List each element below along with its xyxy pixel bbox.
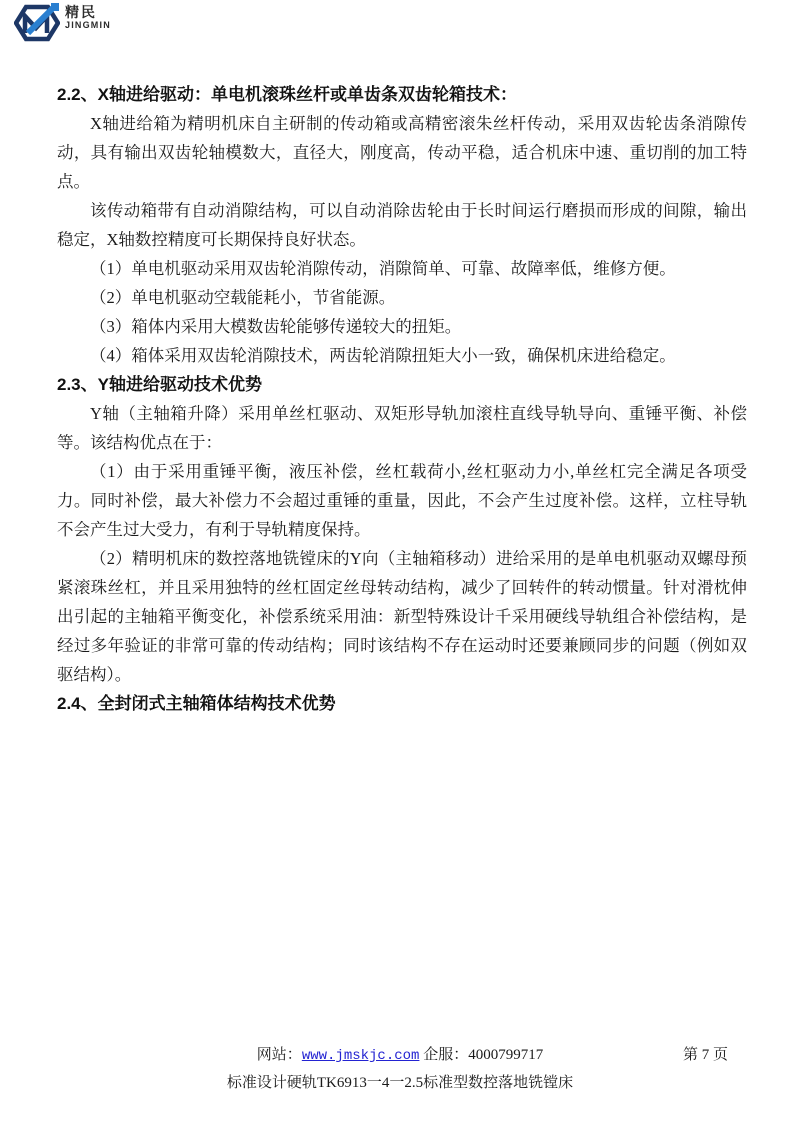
paragraph: Y轴（主轴箱升降）采用单丝杠驱动、双矩形导轨加滚柱直线导轨导向、重锤平衡、补偿等… [57,399,747,457]
paragraph: （2）精明机床的数控落地铣镗床的Y向（主轴箱移动）进给采用的是单电机驱动双螺母预… [57,544,747,689]
footer-doc-title: 标准设计硬轨TK6913一4一2.5标准型数控落地铣镗床 [0,1070,800,1097]
list-item-4: （4）箱体采用双齿轮消隙技术，两齿轮消隙扭矩大小一致，确保机床进给稳定。 [57,341,747,370]
section-heading-2-2: 2.2、X轴进给驱动：单电机滚珠丝杆或单齿条双齿轮箱技术： [57,80,747,109]
list-item-3: （3）箱体内采用大模数齿轮能够传递较大的扭矩。 [57,312,747,341]
section-heading-2-3: 2.3、Y轴进给驱动技术优势 [57,370,747,399]
paragraph: X轴进给箱为精明机床自主研制的传动箱或高精密滚朱丝杆传动，采用双齿轮齿条消隙传动… [57,109,747,196]
footer-contact-line: 网站：www.jmskjc.com 企服：4000799717 第 7 页 [0,1042,800,1070]
section-heading-2-4: 2.4、全封闭式主轴箱体结构技术优势 [57,689,747,718]
paragraph: （1）由于采用重锤平衡，液压补偿，丝杠载荷小,丝杠驱动力小,单丝杠完全满足各项受… [57,457,747,544]
company-logo: 精民 JINGMIN [14,2,111,42]
jingmin-hexagon-logo-icon [14,2,60,42]
list-item-1: （1）单电机驱动采用双齿轮消隙传动，消隙简单、可靠、故障率低，维修方便。 [57,254,747,283]
logo-english-name: JINGMIN [65,21,111,30]
logo-wordmark: 精民 JINGMIN [65,5,111,30]
logo-chinese-name: 精民 [65,5,111,19]
website-label: 网站： [257,1047,302,1063]
list-item-2: （2）单电机驱动空载能耗小，节省能源。 [57,283,747,312]
service-phone: 企服：4000799717 [419,1047,543,1063]
document-body: 2.2、X轴进给驱动：单电机滚珠丝杆或单齿条双齿轮箱技术： X轴进给箱为精明机床… [57,80,747,718]
paragraph: 该传动箱带有自动消隙结构，可以自动消除齿轮由于长时间运行磨损而形成的间隙，输出稳… [57,196,747,254]
page-footer: 网站：www.jmskjc.com 企服：4000799717 第 7 页 标准… [0,1042,800,1097]
page-number: 第 7 页 [683,1042,728,1069]
website-link[interactable]: www.jmskjc.com [302,1048,420,1064]
